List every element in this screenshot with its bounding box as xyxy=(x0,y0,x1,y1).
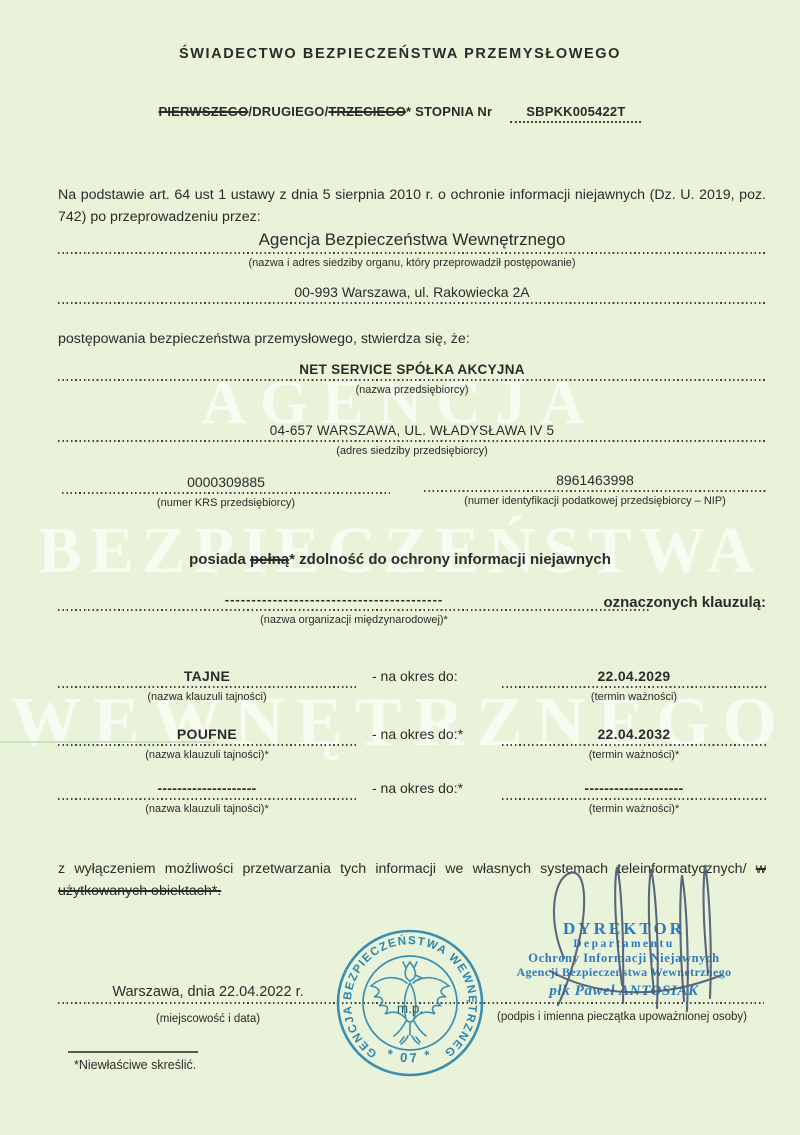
company-address-caption: (adres siedziby przedsiębiorcy) xyxy=(58,445,766,457)
clause-period-label: - na okres do: xyxy=(356,668,502,684)
clause-date: 22.04.2029 xyxy=(502,668,766,684)
clause-date-caption: (termin ważności)* xyxy=(502,803,766,815)
footnote-rule xyxy=(68,1051,198,1053)
clause-period-label: - na okres do:* xyxy=(356,780,502,796)
footnote-text: *Niewłaściwe skreślić. xyxy=(74,1058,196,1072)
clause-name-caption: (nazwa klauzuli tajności) xyxy=(58,691,356,703)
clause-date-field: 22.04.2029 (termin ważności) xyxy=(502,668,766,703)
handwritten-signature xyxy=(526,853,736,1021)
clause-name: POUFNE xyxy=(58,726,356,742)
stamp-mp-text: m.p. xyxy=(397,1001,423,1016)
international-org-field: ----------------------------------------… xyxy=(58,592,650,626)
svg-text:* 07 *: * 07 * xyxy=(385,1046,436,1066)
clause-name-caption: (nazwa klauzuli tajności)* xyxy=(58,749,356,761)
clause-date: -------------------- xyxy=(502,780,766,796)
company-name: NET SERVICE SPÓŁKA AKCYJNA xyxy=(58,362,766,377)
place-and-date: Warszawa, dnia 22.04.2022 r. xyxy=(58,984,358,1000)
dotted-line xyxy=(58,252,766,254)
clause-name-field: POUFNE (nazwa klauzuli tajności)* xyxy=(58,726,356,761)
dotted-line xyxy=(502,798,766,800)
dotted-line xyxy=(58,379,766,381)
clause-name: TAJNE xyxy=(58,668,356,684)
clause-name-field: TAJNE (nazwa klauzuli tajności) xyxy=(58,668,356,703)
degree-line: PIERWSZEGO/DRUGIEGO/TRZECIEGO* STOPNIA N… xyxy=(0,104,800,123)
company-address-field: 04-657 WARSZAWA, UL. WŁADYSŁAWA IV 5 (ad… xyxy=(58,423,766,457)
dotted-line xyxy=(502,686,766,688)
authority-address: 00-993 Warszawa, ul. Rakowiecka 2A xyxy=(58,284,766,300)
clause-date-field: 22.04.2032 (termin ważności)* xyxy=(502,726,766,761)
clause-row-empty: -------------------- (nazwa klauzuli taj… xyxy=(58,780,766,815)
degree-first-struck: PIERWSZEGO xyxy=(159,104,249,119)
degree-third-struck: TRZECIEGO xyxy=(328,104,406,119)
nip-number: 8961463998 xyxy=(424,472,766,488)
certificate-title: ŚWIADECTWO BEZPIECZEŃSTWA PRZEMYSŁOWEGO xyxy=(0,46,800,62)
clause-heading: oznaczonych klauzulą: xyxy=(600,594,766,611)
capability-pre: posiada xyxy=(189,551,250,568)
dotted-line xyxy=(58,302,766,304)
degree-second: DRUGIEGO xyxy=(252,104,324,119)
dotted-line xyxy=(62,492,390,494)
degree-label: * STOPNIA Nr xyxy=(406,104,492,119)
dotted-line xyxy=(58,686,356,688)
krs-number: 0000309885 xyxy=(62,474,390,490)
round-stamp: AGENCJA BEZPIECZEŃSTWA WEWNĘTRZNEGO * 07… xyxy=(332,925,488,1081)
statement-line: postępowania bezpieczeństwa przemysłoweg… xyxy=(58,328,766,350)
dotted-line xyxy=(58,440,766,442)
stamp-bottom-text: * 07 * xyxy=(385,1046,436,1066)
capability-struck: pełną xyxy=(250,551,289,568)
clause-name-caption: (nazwa klauzuli tajności)* xyxy=(58,803,356,815)
stamp-ring-text: AGENCJA BEZPIECZEŃSTWA WEWNĘTRZNEGO xyxy=(341,934,479,1060)
nip-caption: (numer identyfikacji podatkowej przedsię… xyxy=(424,495,766,507)
company-name-caption: (nazwa przedsiębiorcy) xyxy=(58,384,766,396)
clause-name-field: -------------------- (nazwa klauzuli taj… xyxy=(58,780,356,815)
clause-date-caption: (termin ważności) xyxy=(502,691,766,703)
dotted-line xyxy=(58,798,356,800)
legal-basis-paragraph: Na podstawie art. 64 ust 1 ustawy z dnia… xyxy=(58,184,766,228)
dotted-line xyxy=(502,744,766,746)
clause-name: -------------------- xyxy=(58,780,356,796)
clause-period-label: - na okres do:* xyxy=(356,726,502,742)
international-org-value: ----------------------------------------… xyxy=(58,592,650,607)
authority-field: Agencja Bezpieczeństwa Wewnętrznego (naz… xyxy=(58,230,766,269)
clause-date-field: -------------------- (termin ważności)* xyxy=(502,780,766,815)
international-org-caption: (nazwa organizacji międzynarodowej)* xyxy=(58,614,650,626)
nip-field: 8961463998 (numer identyfikacji podatkow… xyxy=(424,472,766,507)
authority-caption: (nazwa i adres siedziby organu, który pr… xyxy=(58,257,766,269)
clause-date-caption: (termin ważności)* xyxy=(502,749,766,761)
clause-row-poufne: POUFNE (nazwa klauzuli tajności)* - na o… xyxy=(58,726,766,761)
dotted-line xyxy=(58,609,650,611)
authority-name: Agencja Bezpieczeństwa Wewnętrznego xyxy=(58,230,766,250)
certificate-number: SBPKK005422T xyxy=(510,104,641,123)
company-address: 04-657 WARSZAWA, UL. WŁADYSŁAWA IV 5 xyxy=(58,423,766,438)
krs-field: 0000309885 (numer KRS przedsiębiorcy) xyxy=(62,474,390,509)
capability-post: * zdolność do ochrony informacji niejawn… xyxy=(289,551,611,568)
authority-address-field: 00-993 Warszawa, ul. Rakowiecka 2A xyxy=(58,284,766,304)
company-name-field: NET SERVICE SPÓŁKA AKCYJNA (nazwa przeds… xyxy=(58,362,766,396)
dotted-line xyxy=(58,744,356,746)
place-caption: (miejscowość i data) xyxy=(58,1013,358,1025)
svg-text:AGENCJA BEZPIECZEŃSTWA WEWNĘTR: AGENCJA BEZPIECZEŃSTWA WEWNĘTRZNEGO xyxy=(341,934,479,1060)
capability-line: posiada pełną* zdolność do ochrony infor… xyxy=(0,551,800,568)
certificate-page: AGENCJA BEZPIECZEŃSTWA WEWNĘTRZNEGO ŚWIA… xyxy=(0,0,800,1135)
clause-date: 22.04.2032 xyxy=(502,726,766,742)
krs-caption: (numer KRS przedsiębiorcy) xyxy=(62,497,390,509)
clause-row-tajne: TAJNE (nazwa klauzuli tajności) - na okr… xyxy=(58,668,766,703)
dotted-line xyxy=(424,490,766,492)
